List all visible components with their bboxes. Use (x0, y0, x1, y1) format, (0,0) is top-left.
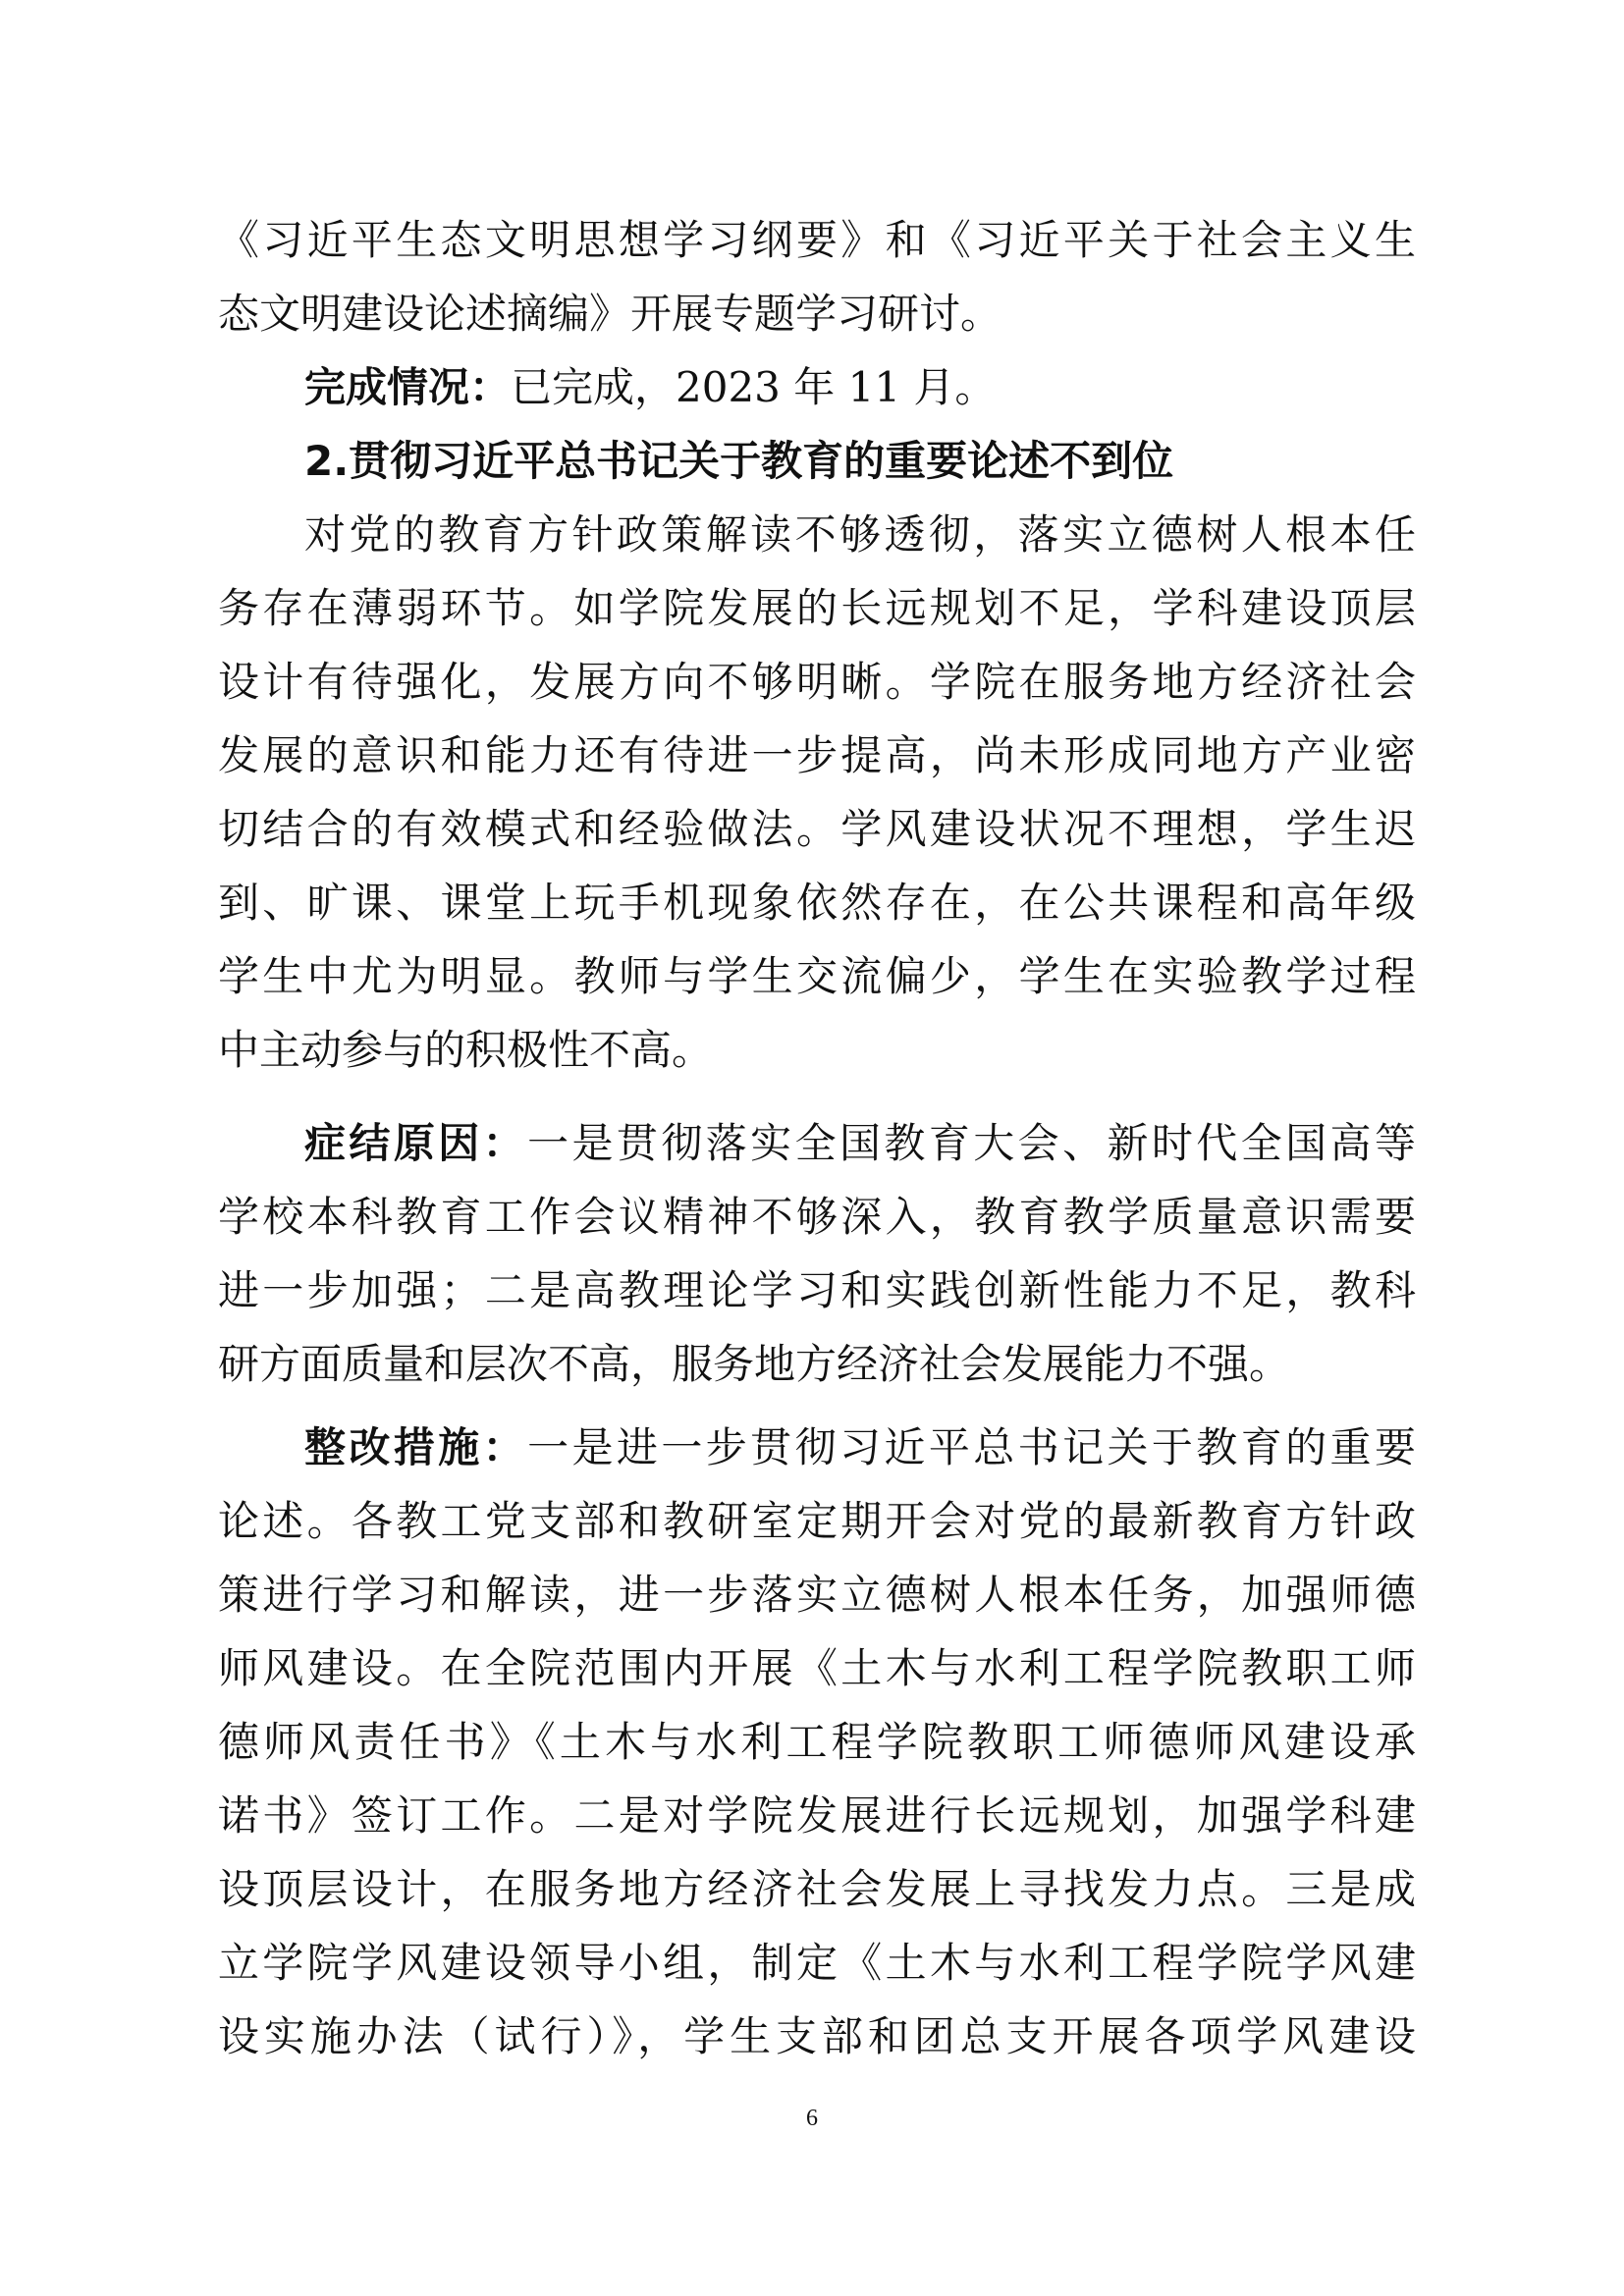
text-line: 态文明建设论述摘编》开展专题学习研讨。 (218, 285, 1416, 344)
root-cause-text: 一是贯彻落实全国教育大会、新时代全国高等 (527, 1119, 1416, 1167)
root-cause-label: 症结原因： (304, 1119, 527, 1167)
text-line: 到、旷课、课堂上玩手机现象依然存在，在公共课程和高年级 (218, 874, 1416, 933)
text-line: 设顶层设计，在服务地方经济社会发展上寻找发力点。三是成 (218, 1860, 1416, 1919)
text-line: 论述。各教工党支部和教研室定期开会对党的最新教育方针政 (218, 1492, 1416, 1551)
page-number: 6 (0, 2106, 1624, 2132)
text-line: 德师风责任书》《土木与水利工程学院教职工师德师风建设承 (218, 1713, 1416, 1772)
text-line: 设实施办法（试行）》，学生支部和团总支开展各项学风建设 (218, 2007, 1416, 2066)
corrective-measures-label: 整改措施： (304, 1423, 527, 1471)
completion-status-label: 完成情况： (304, 363, 511, 411)
text-line: 进一步加强；二是高教理论学习和实践创新性能力不足，教科 (218, 1261, 1416, 1320)
completion-status-value: 已完成，2023 年 11 月。 (511, 363, 996, 411)
text-line: 务存在薄弱环节。如学院发展的长远规划不足，学科建设顶层 (218, 579, 1416, 638)
text-line: 诺书》签订工作。二是对学院发展进行长远规划，加强学科建 (218, 1787, 1416, 1845)
text-line: 师风建设。在全院范围内开展《土木与水利工程学院教职工师 (218, 1639, 1416, 1698)
text-line: 研方面质量和层次不高，服务地方经济社会发展能力不强。 (218, 1335, 1416, 1394)
text-line: 学校本科教育工作会议精神不够深入，教育教学质量意识需要 (218, 1188, 1416, 1247)
text-line: 切结合的有效模式和经验做法。学风建设状况不理想，学生迟 (218, 800, 1416, 859)
text-line: 《习近平生态文明思想学习纲要》和《习近平关于社会主义生 (218, 211, 1416, 270)
root-cause-line: 症结原因：一是贯彻落实全国教育大会、新时代全国高等 (304, 1114, 1416, 1173)
text-line: 设计有待强化，发展方向不够明晰。学院在服务地方经济社会 (218, 653, 1416, 712)
corrective-measures-text: 一是进一步贯彻习近平总书记关于教育的重要 (527, 1423, 1416, 1471)
section-heading: 2.贯彻习近平总书记关于教育的重要论述不到位 (304, 432, 1416, 491)
text-line: 学生中尤为明显。教师与学生交流偏少，学生在实验教学过程 (218, 947, 1416, 1006)
text-line: 立学院学风建设领导小组，制定《土木与水利工程学院学风建 (218, 1934, 1416, 1993)
completion-status-line: 完成情况：已完成，2023 年 11 月。 (304, 358, 1416, 417)
text-line: 中主动参与的积极性不高。 (218, 1021, 1416, 1080)
text-line: 对党的教育方针政策解读不够透彻，落实立德树人根本任 (304, 506, 1416, 564)
text-line: 发展的意识和能力还有待进一步提高，尚未形成同地方产业密 (218, 726, 1416, 785)
corrective-measures-line: 整改措施：一是进一步贯彻习近平总书记关于教育的重要 (304, 1418, 1416, 1477)
text-line: 策进行学习和解读，进一步落实立德树人根本任务，加强师德 (218, 1566, 1416, 1625)
document-page: 《习近平生态文明思想学习纲要》和《习近平关于社会主义生 态文明建设论述摘编》开展… (0, 0, 1624, 2296)
